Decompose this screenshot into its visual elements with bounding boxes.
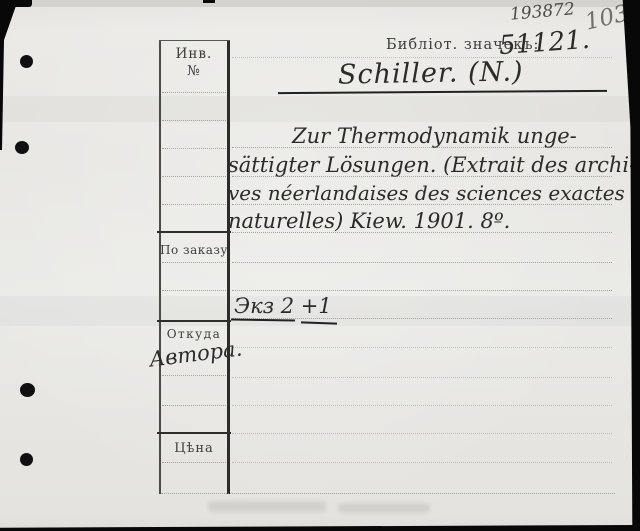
ruled-line	[232, 405, 612, 406]
inventory-number-sign: №	[160, 63, 228, 79]
title-line-4: naturelles) Kiew. 1901. 8º.	[228, 209, 510, 233]
scan-edge-right	[616, 0, 640, 531]
scan-edge-corner	[0, 0, 20, 150]
punch-hole-dot	[20, 55, 33, 68]
by-order-label: По заказу	[160, 243, 228, 257]
ruled-line	[232, 377, 612, 378]
scan-edge-bottom	[0, 520, 640, 531]
ruled-line	[162, 405, 226, 406]
author-name-handwritten: Schiller. (N.)	[338, 56, 524, 90]
scan-shadow-band	[0, 96, 640, 122]
ruled-line	[232, 433, 612, 434]
table-rule-vertical	[159, 40, 161, 494]
ruled-line	[161, 493, 615, 494]
catalog-card-paper: 193872 103 Библіот. значекъ: 51121. Schi…	[0, 0, 640, 531]
table-rule-thick	[157, 231, 231, 233]
price-label: Цѣна	[160, 441, 228, 456]
table-rule-vertical	[227, 40, 230, 494]
ruled-line	[162, 375, 226, 376]
ruled-line	[232, 262, 612, 263]
ruled-line	[232, 57, 612, 58]
scan-edge-mark	[8, 0, 32, 7]
punch-hole-dot	[20, 453, 33, 466]
ruled-line	[162, 120, 226, 121]
table-rule-horizontal	[159, 40, 230, 41]
ruled-line	[162, 462, 226, 463]
ruled-line	[162, 92, 226, 93]
inventory-label: Инв.	[160, 46, 228, 62]
author-underline	[278, 90, 607, 95]
scan-edge-mark	[203, 0, 215, 3]
ruled-line	[162, 148, 226, 149]
title-line-3: ves néerlandaises des sciences exactes e…	[228, 181, 640, 205]
table-rule-thick	[157, 432, 231, 434]
title-line-1: Zur Thermodynamik unge-	[292, 124, 577, 148]
accession-number-handwritten: 193872	[509, 0, 575, 25]
punch-hole-dot	[15, 141, 29, 154]
ruled-line	[232, 462, 612, 463]
copies-underline	[231, 318, 295, 321]
title-line-2: sättigter Lösungen. (Extrait des archi-	[228, 153, 636, 177]
scan-smudge	[208, 501, 326, 512]
table-rule-thick	[157, 320, 231, 322]
copies-underline	[301, 321, 337, 324]
punch-hole-dot	[20, 383, 35, 397]
ruled-line	[232, 290, 612, 291]
ruled-line	[232, 347, 612, 348]
scan-smudge	[338, 503, 430, 513]
ruled-line	[162, 262, 226, 263]
ruled-line	[162, 290, 226, 291]
copies-note-handwritten: Экз 2 +1	[234, 294, 332, 318]
ruled-line	[162, 176, 226, 177]
ruled-line	[162, 204, 226, 205]
